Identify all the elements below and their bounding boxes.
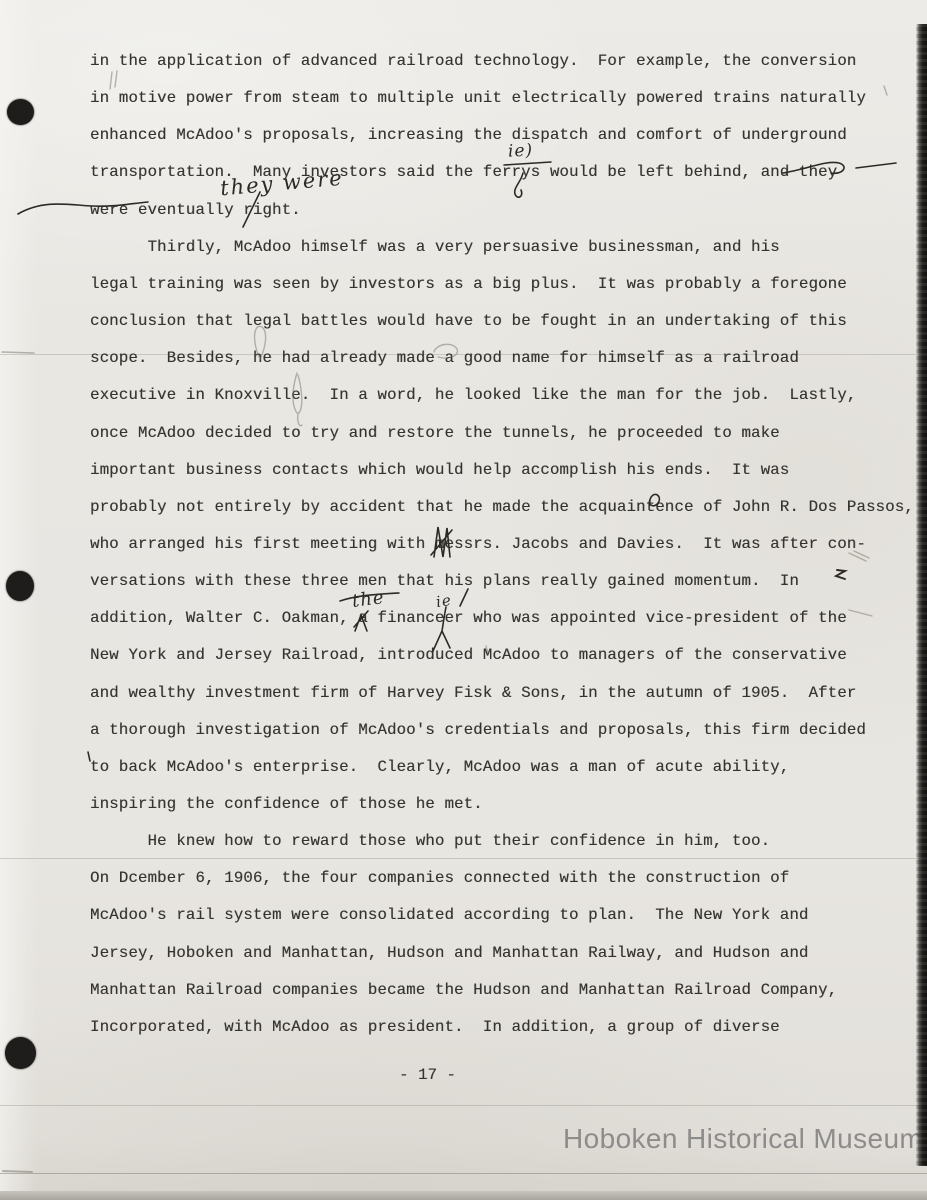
typed-text-block: in the application of advanced railroad … [0, 0, 927, 1200]
scan-edge-right [916, 24, 927, 1166]
typed-line-16: addition, Walter C. Oakman, a financeer … [90, 610, 847, 627]
typed-line-7: legal training was seen by investors as … [90, 276, 847, 293]
typed-line-18: and wealthy investment firm of Harvey Fi… [90, 685, 856, 702]
typed-line-3: enhanced McAdoo's proposals, increasing … [90, 127, 847, 144]
typed-line-25: Jersey, Hoboken and Manhattan, Hudson an… [90, 945, 808, 962]
typed-line-17: New York and Jersey Railroad, introduced… [90, 647, 847, 664]
typed-line-8: conclusion that legal battles would have… [90, 313, 847, 330]
hole-punch [5, 1037, 36, 1069]
typed-line-10: executive in Knoxville. In a word, he lo… [90, 387, 856, 404]
typed-line-11: once McAdoo decided to try and restore t… [90, 425, 780, 442]
typed-line-19: a thorough investigation of McAdoo's cre… [90, 722, 866, 739]
typed-line-6: Thirdly, McAdoo himself was a very persu… [90, 239, 780, 256]
typed-line-24: McAdoo's rail system were consolidated a… [90, 907, 808, 924]
watermark: Hoboken Historical Museum [563, 1123, 923, 1155]
typed-line-14: who arranged his first meeting with mess… [90, 536, 866, 553]
typed-line-22: He knew how to reward those who put thei… [90, 833, 770, 850]
hole-punch [6, 571, 34, 601]
typed-line-12: important business contacts which would … [90, 462, 789, 479]
scanned-page: in the application of advanced railroad … [0, 0, 927, 1200]
typed-line-21: inspiring the confidence of those he met… [90, 796, 483, 813]
typed-line-13: probably not entirely by accident that h… [90, 499, 914, 516]
typed-line-23: On Dcember 6, 1906, the four companies c… [90, 870, 789, 887]
scan-edge-bottom [0, 1191, 927, 1200]
typed-line-5: were eventually right. [90, 202, 301, 219]
typed-line-9: scope. Besides, he had already made a go… [90, 350, 799, 367]
handwritten-correction: the [351, 587, 386, 612]
typed-line-1: in the application of advanced railroad … [90, 53, 856, 70]
typed-line-27: Incorporated, with McAdoo as president. … [90, 1019, 780, 1036]
typed-line-26: Manhattan Railroad companies became the … [90, 982, 837, 999]
typed-line-4: transportation. Many investors said the … [90, 164, 837, 181]
hole-punch [7, 99, 34, 125]
typed-line-20: to back McAdoo's enterprise. Clearly, Mc… [90, 759, 789, 776]
typed-line-15: versations with these three men that his… [90, 573, 799, 590]
handwritten-correction: ie) [507, 140, 533, 161]
typed-line-2: in motive power from steam to multiple u… [90, 90, 866, 107]
handwritten-correction: ie [435, 591, 453, 611]
